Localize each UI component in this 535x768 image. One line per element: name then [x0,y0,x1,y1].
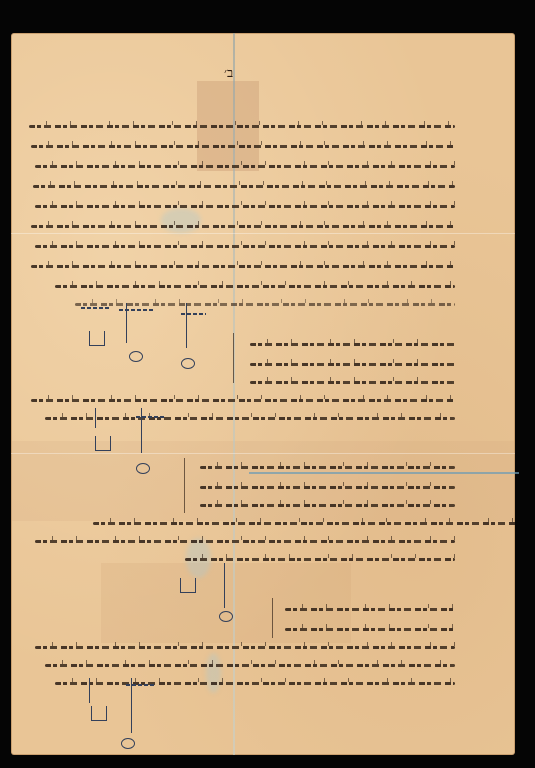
margin-rule [184,458,185,513]
script-line [200,504,455,507]
script-line [200,486,455,489]
script-line [31,399,455,402]
script-line [35,646,455,649]
script-line [35,540,455,543]
script-line [31,145,455,148]
script-line [285,608,455,611]
script-line [250,363,455,366]
script-line [31,265,455,268]
signature-group-4 [81,678,201,758]
script-line [31,225,455,228]
script-line [250,381,455,384]
script-line [45,664,455,667]
blue-rule [249,472,519,474]
script-line [35,165,455,168]
fold-line [11,453,515,454]
paragraph-deed-1 [29,125,455,315]
paragraph-deed-3 [29,458,455,578]
script-line [285,628,455,631]
script-line [33,185,455,188]
manuscript-page: ב׳ [11,33,515,755]
script-line [29,125,455,128]
script-line [250,343,455,346]
script-line [35,245,455,248]
script-line [55,285,455,288]
margin-rule [272,598,273,638]
margin-rule [233,333,234,383]
script-line [93,522,517,525]
script-line [185,558,455,561]
page-number: ב׳ [224,65,233,81]
script-line [200,466,455,469]
script-line [35,205,455,208]
